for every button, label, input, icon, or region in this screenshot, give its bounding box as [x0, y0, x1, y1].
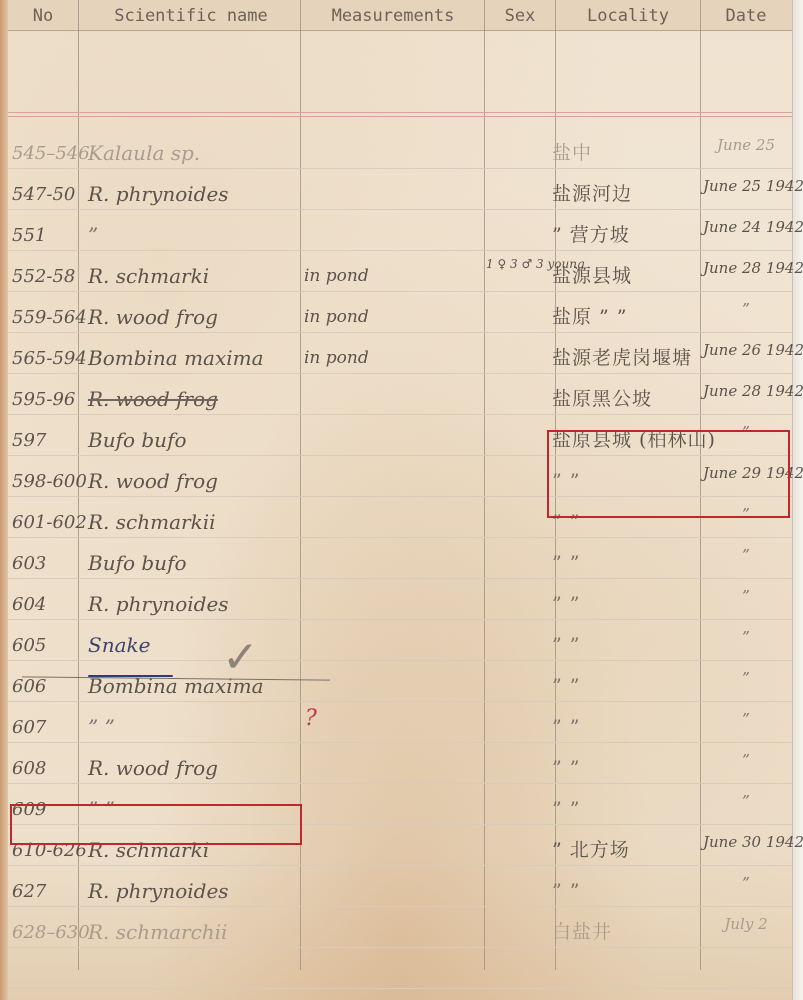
cell-measurements: in pond	[304, 297, 482, 338]
cell-measurements	[304, 871, 482, 912]
cell-scientific-name: R. phrynoides	[88, 871, 298, 912]
cell-sex	[486, 871, 554, 914]
cell-scientific-name: Bombina maxima	[88, 338, 298, 379]
table-row: 628–630R. schmarchii白盐井July 2	[0, 912, 792, 953]
header-locality: Locality	[556, 4, 700, 28]
table-row: 608R. wood frog” ””	[0, 748, 792, 789]
cell-sex	[486, 584, 554, 627]
cell-locality: ” ”	[552, 748, 698, 789]
cell-scientific-name: R. phrynoides	[88, 174, 298, 215]
cell-measurements	[304, 912, 482, 953]
cell-measurements	[304, 133, 482, 174]
cell-measurements: in pond	[304, 338, 482, 379]
cell-locality: 盐原黑公坡	[552, 379, 698, 420]
cell-date: ”	[703, 666, 789, 711]
header-no: No	[10, 4, 76, 28]
table-row: 547-50R. phrynoides盐源河边June 25 1942	[0, 174, 792, 215]
table-row: 607” ”” ””	[0, 707, 792, 748]
table-row: 545–546Kalaula sp.盐中June 25	[0, 133, 792, 174]
cell-sex	[486, 748, 554, 791]
cell-date: ”	[703, 789, 789, 834]
table-row: 551”” 营方坡June 24 1942	[0, 215, 792, 256]
table-row: 559-564R. wood frogin pond盐原 ” ””	[0, 297, 792, 338]
cell-number: 552-58	[12, 256, 78, 297]
cell-date: June 25	[703, 133, 789, 178]
cell-locality: ” ”	[552, 707, 698, 748]
table-row: 605Snake” ””	[0, 625, 792, 666]
cell-date: ”	[703, 871, 789, 916]
cell-number: 565-594	[12, 338, 78, 379]
cell-sex	[486, 297, 554, 340]
cell-number: 545–546	[12, 133, 78, 174]
cell-scientific-name: Bufo bufo	[88, 543, 298, 584]
cell-sex	[486, 461, 554, 504]
table-row: 595-96R. wood frog盐原黑公坡June 28 1942	[0, 379, 792, 420]
cell-measurements	[304, 420, 482, 461]
cell-locality: 盐原 ” ”	[552, 297, 698, 338]
table-row: 606Bombina maxima” ””	[0, 666, 792, 707]
cell-number: 603	[12, 543, 78, 584]
cell-locality: ” ”	[552, 543, 698, 584]
cell-number: 601-602	[12, 502, 78, 543]
cell-sex	[486, 707, 554, 750]
cell-measurements	[304, 379, 482, 420]
cell-scientific-name: R. wood frog	[88, 379, 298, 420]
cell-measurements	[304, 543, 482, 584]
cell-locality: 盐源河边	[552, 174, 698, 215]
cell-locality: ” ”	[552, 584, 698, 625]
cell-date: ”	[703, 297, 789, 342]
cell-sex	[486, 666, 554, 709]
cell-scientific-name: R. wood frog	[88, 748, 298, 789]
cell-locality: ” 营方坡	[552, 215, 698, 256]
cell-locality: 白盐井	[552, 912, 698, 953]
question-mark-icon: ?	[305, 706, 317, 731]
cell-sex	[486, 912, 554, 955]
check-mark-icon: ✓	[222, 632, 259, 683]
cell-scientific-name: R. wood frog	[88, 461, 298, 502]
cell-measurements	[304, 748, 482, 789]
cell-scientific-name: ”	[88, 215, 298, 256]
cell-number: 606	[12, 666, 78, 707]
cell-date: ”	[703, 584, 789, 629]
table-row: 565-594Bombina maximain pond盐源老虎岗堰塘June …	[0, 338, 792, 379]
cell-number: 597	[12, 420, 78, 461]
table-row: 603Bufo bufo” ””	[0, 543, 792, 584]
cell-number: 595-96	[12, 379, 78, 420]
table-row: 627R. phrynoides” ””	[0, 871, 792, 912]
header-sex: Sex	[486, 4, 554, 28]
cell-date: June 24 1942	[703, 215, 789, 260]
cell-sex	[486, 789, 554, 832]
cell-locality: ” ”	[552, 666, 698, 707]
cell-locality: 盐源县城	[552, 256, 698, 297]
cell-sex	[486, 830, 554, 873]
cell-sex	[486, 338, 554, 381]
row-609-highlight	[10, 804, 302, 845]
cell-sex	[486, 379, 554, 422]
red-margin-rule	[8, 116, 792, 117]
cell-locality: 盐中	[552, 133, 698, 174]
cell-number: 547-50	[12, 174, 78, 215]
cell-scientific-name: R. schmarkii	[88, 502, 298, 543]
cell-number: 605	[12, 625, 78, 666]
cell-scientific-name: ” ”	[88, 707, 298, 748]
cell-scientific-name: R. phrynoides	[88, 584, 298, 625]
cell-scientific-name: Bufo bufo	[88, 420, 298, 461]
ruled-line	[8, 988, 792, 989]
cell-locality: ” ”	[552, 789, 698, 830]
cell-locality: ” ”	[552, 871, 698, 912]
cell-date: ”	[703, 707, 789, 752]
cell-date: ”	[703, 625, 789, 670]
table-row: 604R. phrynoides” ””	[0, 584, 792, 625]
cell-measurements	[304, 789, 482, 830]
cell-number: 551	[12, 215, 78, 256]
cell-number: 628–630	[12, 912, 78, 953]
cell-date: June 28 1942	[703, 379, 789, 424]
cell-measurements	[304, 584, 482, 625]
cell-sex	[486, 420, 554, 463]
cell-locality: 盐源老虎岗堰塘	[552, 338, 698, 379]
cell-date: ”	[703, 748, 789, 793]
cell-number: 627	[12, 871, 78, 912]
cell-sex	[486, 215, 554, 258]
blue-ink-underline	[88, 675, 173, 677]
cell-scientific-name: Kalaula sp.	[88, 133, 298, 174]
cell-measurements	[304, 502, 482, 543]
cell-locality: ” ”	[552, 625, 698, 666]
cell-number: 607	[12, 707, 78, 748]
cell-date: June 30 1942	[703, 830, 789, 875]
header-date: Date	[702, 4, 790, 28]
cell-measurements	[304, 830, 482, 871]
cell-measurements	[304, 625, 482, 666]
cell-sex	[486, 133, 554, 176]
cell-measurements	[304, 666, 482, 707]
cell-measurements	[304, 707, 482, 748]
cell-scientific-name: R. schmarki	[88, 256, 298, 297]
cell-measurements	[304, 215, 482, 256]
header-scientific-name: Scientific name	[82, 4, 300, 28]
cell-number: 559-564	[12, 297, 78, 338]
cell-measurements	[304, 174, 482, 215]
cell-date: July 2	[703, 912, 789, 957]
red-margin-rule	[8, 112, 792, 113]
cell-scientific-name: R. wood frog	[88, 297, 298, 338]
cell-measurements: in pond	[304, 256, 482, 297]
cell-sex	[486, 625, 554, 668]
cell-locality: ” 北方场	[552, 830, 698, 871]
locality-date-highlight	[547, 430, 790, 518]
cell-sex	[486, 174, 554, 217]
cell-number: 604	[12, 584, 78, 625]
cell-date: June 25 1942	[703, 174, 789, 219]
cell-date: June 28 1942	[703, 256, 789, 301]
cell-scientific-name: Bombina maxima	[88, 666, 298, 707]
cell-scientific-name: R. schmarchii	[88, 912, 298, 953]
table-row: 552-58R. schmarkiin pond1 ♀ 3 ♂ 3 young盐…	[0, 256, 792, 297]
cell-sex	[486, 543, 554, 586]
cell-sex	[486, 502, 554, 545]
cell-sex: 1 ♀ 3 ♂ 3 young	[486, 256, 554, 299]
ledger-page: No Scientific name Measurements Sex Loca…	[0, 0, 803, 1000]
header-measurements: Measurements	[302, 4, 484, 28]
cell-date: ”	[703, 543, 789, 588]
cell-number: 608	[12, 748, 78, 789]
cell-measurements	[304, 461, 482, 502]
cell-scientific-name: Snake	[88, 625, 298, 666]
cell-date: June 26 1942	[703, 338, 789, 383]
cell-number: 598-600	[12, 461, 78, 502]
